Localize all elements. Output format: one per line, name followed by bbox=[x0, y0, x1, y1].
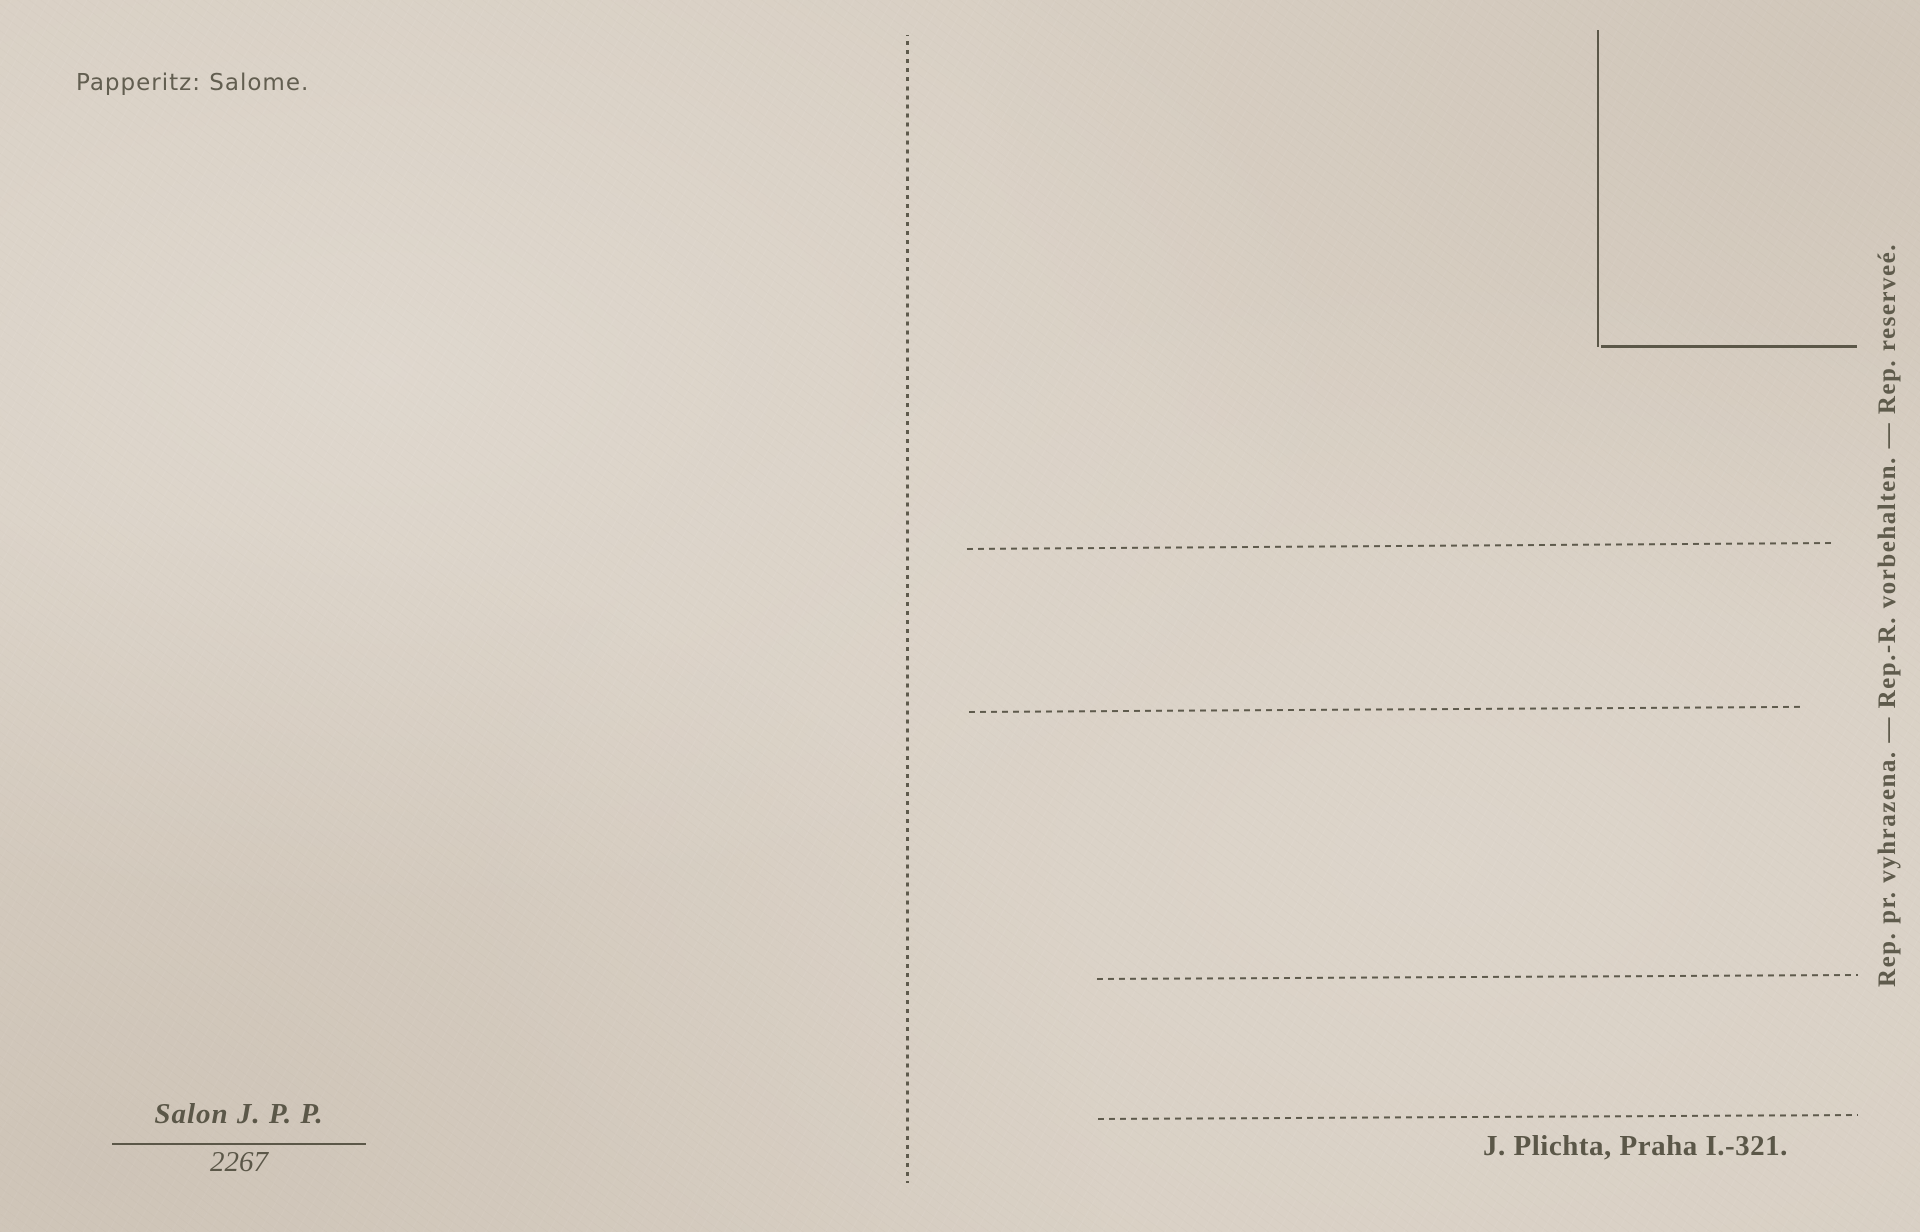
series-number: 2267 bbox=[112, 1146, 366, 1179]
publisher-imprint: J. Plichta, Praha I.-321. bbox=[1483, 1130, 1788, 1163]
series-publisher-mark: Salon J. P. P. bbox=[112, 1098, 366, 1131]
series-underline bbox=[112, 1143, 366, 1145]
stamp-box-left-edge bbox=[1597, 30, 1599, 347]
rights-reserved-notice: Rep. pr. vyhrazena. — Rep.-R. vorbehalte… bbox=[1874, 243, 1902, 987]
stamp-box-bottom-edge bbox=[1601, 345, 1857, 348]
address-line-4 bbox=[1098, 1114, 1858, 1120]
message-address-divider bbox=[906, 35, 909, 1183]
address-line-3 bbox=[1097, 974, 1858, 980]
postcard-back: Papperitz: Salome. Salon J. P. P. 2267 J… bbox=[0, 0, 1920, 1232]
address-line-2 bbox=[969, 706, 1803, 713]
address-line-1 bbox=[967, 542, 1833, 550]
artwork-title: Papperitz: Salome. bbox=[76, 70, 309, 96]
